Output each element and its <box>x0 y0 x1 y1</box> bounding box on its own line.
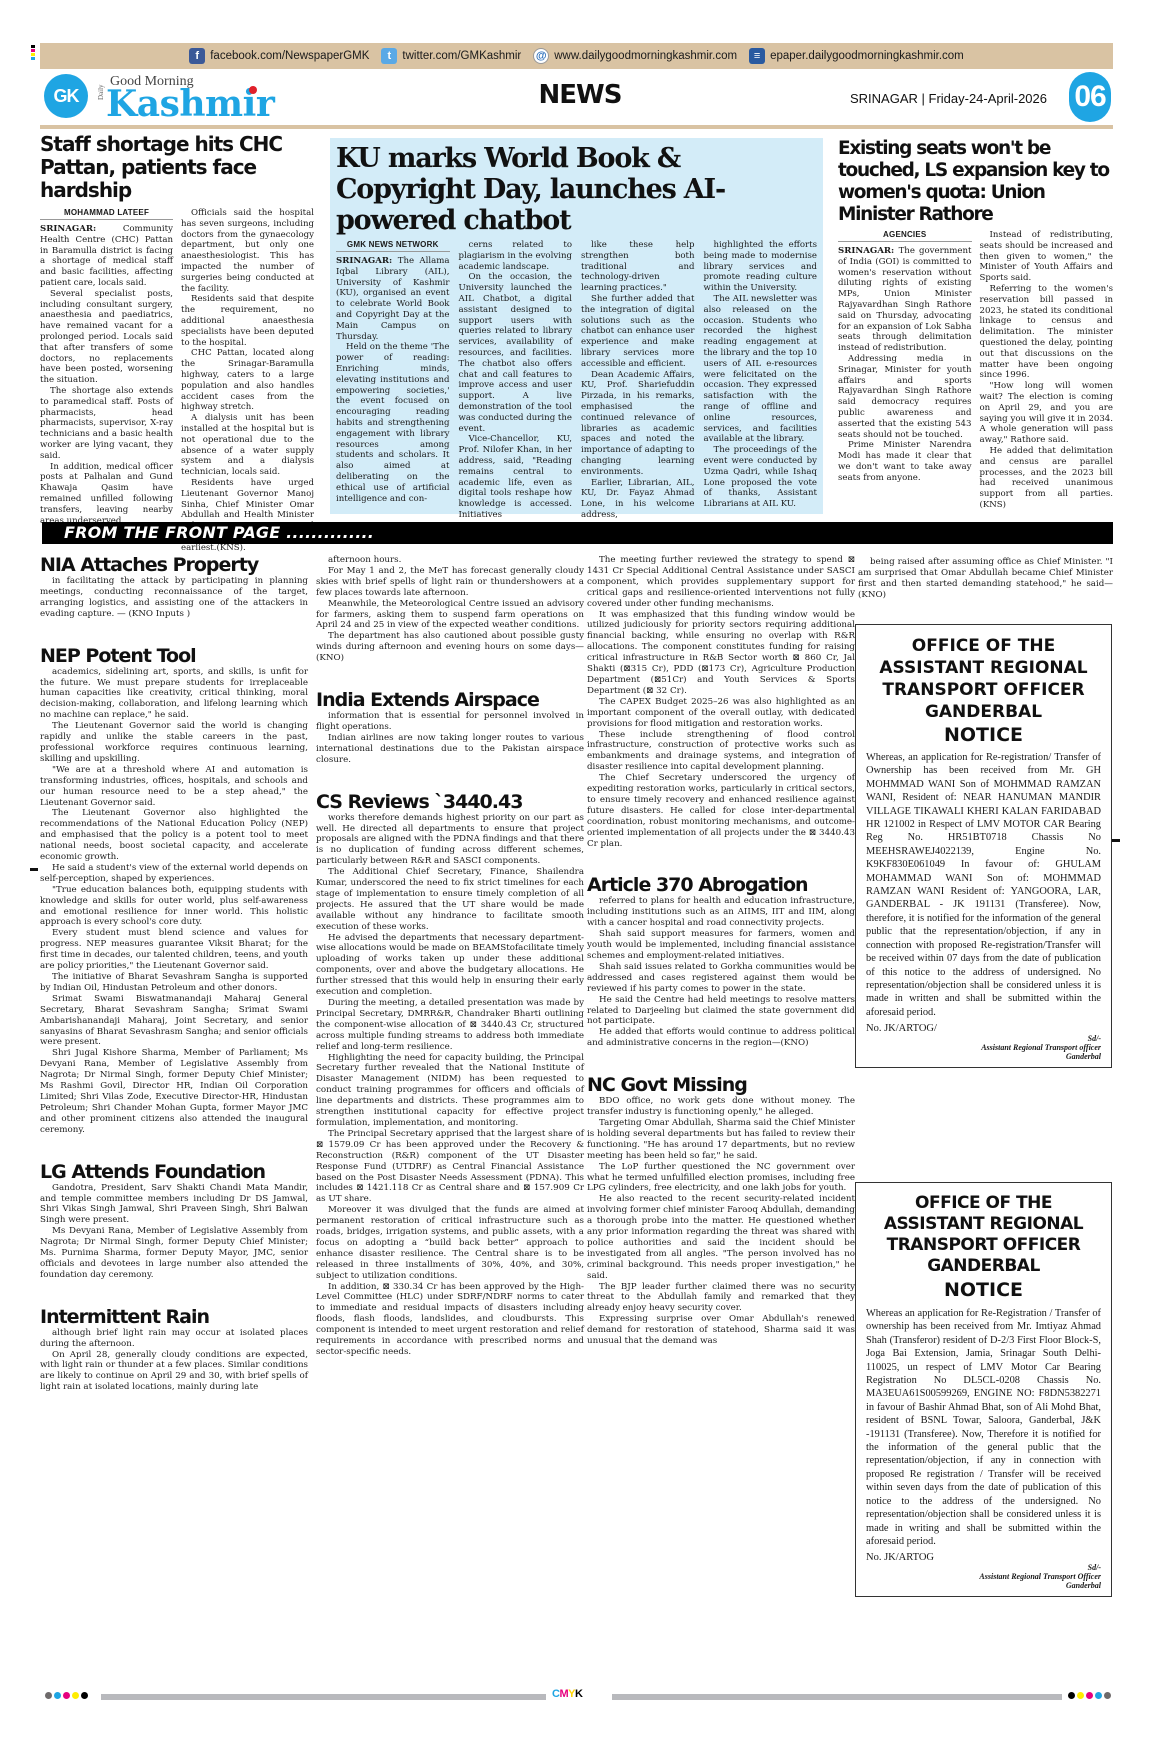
article-body: Gandotra, President, Sarv Shakti Chandi … <box>40 1183 308 1281</box>
article-body: in facilitating the attack by participat… <box>40 576 308 620</box>
color-dots-left <box>45 1692 88 1699</box>
paragraph: She further added that the integration o… <box>581 294 695 370</box>
dateline: SRINAGAR: <box>40 224 123 234</box>
social-link[interactable]: @www.dailygoodmorningkashmir.com <box>533 48 737 64</box>
color-dot-icon <box>1068 1692 1075 1699</box>
paragraph: The Principal Secretary apprised that th… <box>316 1129 584 1205</box>
article-body: SRINAGAR: Community Health Centre (CHC) … <box>40 224 173 526</box>
paragraph: being raised after assuming office as Ch… <box>858 557 1113 601</box>
paragraph: Moreover it was divulged that the funds … <box>316 1205 584 1281</box>
notice-body: Whereas, an application for Re-registrat… <box>866 751 1101 1019</box>
color-dot-icon <box>54 1692 61 1699</box>
facebook-icon: f <box>189 48 205 64</box>
continuation-headline: CS Reviews `3440.43 <box>316 792 584 813</box>
continuation-column-3: The meeting further reviewed the strateg… <box>587 555 855 1347</box>
notice-reference: No. JK/ARTOG/ <box>866 1023 1101 1034</box>
epaper-icon: ≡ <box>749 48 765 64</box>
article-column-3: like these help strengthen both traditio… <box>581 240 695 521</box>
article-ku-world-book-day: KU marks World Book & Copyright Day, lau… <box>330 138 823 514</box>
globe-icon: @ <box>533 48 549 64</box>
paragraph: Dean Academic Affairs, KU, Prof. Sharief… <box>581 370 695 478</box>
paragraph: works therefore demands highest priority… <box>316 813 584 868</box>
paragraph: Held on the theme 'The power of reading:… <box>336 342 450 504</box>
paragraph: Ms Devyani Rana, Member of Legislative A… <box>40 1226 308 1281</box>
continuation-column-2: afternoon hours.For May 1 and 2, the MeT… <box>316 555 584 1358</box>
paragraph: Officials said the hospital has seven su… <box>181 208 314 294</box>
social-links-bar: ffacebook.com/NewspaperGMKttwitter.com/G… <box>40 43 1113 69</box>
page-number: 06 <box>1069 72 1111 122</box>
paragraph: The AIL newsletter was also released on … <box>704 294 818 445</box>
paragraph: The department has also cautioned about … <box>316 631 584 664</box>
article-body: like these help strengthen both traditio… <box>581 240 695 521</box>
notice-subtitle: NOTICE <box>866 723 1101 747</box>
paragraph: "We are at a threshold where AI and auto… <box>40 765 308 809</box>
paragraph: The proceedings of the event were conduc… <box>704 445 818 510</box>
paragraph: Expressing surprise over Omar Abdullah's… <box>587 1314 855 1347</box>
paragraph: He added that delimitation and census ar… <box>980 446 1114 511</box>
paragraph: On the occasion, the University launched… <box>459 272 573 434</box>
notice-signature: Sd/- Assistant Regional Transport Office… <box>866 1563 1101 1590</box>
logo-dot-icon <box>249 86 257 94</box>
paragraph: For May 1 and 2, the MeT has forecast ge… <box>316 566 584 599</box>
article-body: information that is essential for person… <box>316 711 584 766</box>
continuation-headline: Intermittent Rain <box>40 1307 308 1328</box>
paragraph: Referring to the women's reservation bil… <box>980 284 1114 381</box>
byline: GMK NEWS NETWORK <box>336 240 450 252</box>
paragraph: Shri Jugal Kishore Sharma, Member of Par… <box>40 1048 308 1135</box>
registration-mark-icon <box>1112 839 1120 842</box>
article-body: highlighted the efforts being made to mo… <box>704 240 818 510</box>
paragraph: academics, sidelining art, sports, and s… <box>40 667 308 722</box>
paragraph: On April 28, generally cloudy conditions… <box>40 1350 308 1394</box>
notice-title: OFFICE OF THE ASSISTANT REGIONAL TRANSPO… <box>866 635 1101 723</box>
footer-rule-right <box>612 1694 1062 1700</box>
notice-signature: Sd/- Assistant Regional Transport office… <box>866 1034 1101 1061</box>
paragraph: Addressing media in Srinagar, Minister f… <box>838 354 972 440</box>
public-notice-2: OFFICE OF THE ASSISTANT REGIONAL TRANSPO… <box>855 1182 1112 1597</box>
article-chc-pattan: Staff shortage hits CHC Pattan, patients… <box>40 133 314 554</box>
notice-title: OFFICE OF THE ASSISTANT REGIONAL TRANSPO… <box>866 1193 1101 1277</box>
paragraph: "How long will women wait? The election … <box>980 381 1114 446</box>
paragraph: Earlier, Librarian, AIL, KU, Dr. Fayaz A… <box>581 478 695 521</box>
article-column-2: Officials said the hospital has seven su… <box>181 208 314 554</box>
paragraph: During the meeting, a detailed presentat… <box>316 998 584 1053</box>
paragraph: Residents said that despite the requirem… <box>181 294 314 348</box>
paragraph: The Chief Secretary underscored the urge… <box>587 773 855 849</box>
paragraph: Targeting Omar Abdullah, Sharma said the… <box>587 1118 855 1162</box>
notice-reference: No. JK/ARTOG <box>866 1552 1101 1563</box>
color-dot-icon <box>1086 1692 1093 1699</box>
continuation-column-1: NIA Attaches Propertyin facilitating the… <box>40 555 308 1393</box>
color-dot-icon <box>1104 1692 1111 1699</box>
signature-line: Assistant Regional Transport Officer <box>866 1572 1101 1581</box>
social-link[interactable]: ttwitter.com/GMKashmir <box>381 48 521 64</box>
paragraph: Several specialist posts, including cons… <box>40 289 173 386</box>
article-body: referred to plans for health and educati… <box>587 896 855 1049</box>
paragraph: The LoP further questioned the NC govern… <box>587 1162 855 1195</box>
paragraph: SRINAGAR: The government of India (GOI) … <box>838 246 972 354</box>
paragraph: Indian airlines are now taking longer ro… <box>316 733 584 766</box>
byline: MOHAMMAD LATEEF <box>40 208 173 220</box>
continuation-headline: NC Govt Missing <box>587 1075 855 1096</box>
dateline: SRINAGAR: <box>838 246 899 256</box>
paragraph: although brief light rain may occur at i… <box>40 1328 308 1350</box>
continuation-headline: India Extends Airspace <box>316 690 584 711</box>
article-column-2: cerns related to plagiarism in the evolv… <box>459 240 573 521</box>
masthead-divider <box>40 125 1113 129</box>
paragraph: The CAPEX Budget 2025–26 was also highli… <box>587 697 855 730</box>
paragraph: The Additional Chief Secretary, Finance,… <box>316 867 584 932</box>
continuation-headline: NEP Potent Tool <box>40 646 308 667</box>
paragraph: Shah said support measures for farmers, … <box>587 929 855 962</box>
article-body: works therefore demands highest priority… <box>316 813 584 1358</box>
section-title: NEWS <box>520 80 640 110</box>
public-notice-1: OFFICE OF THE ASSISTANT REGIONAL TRANSPO… <box>855 624 1112 1068</box>
color-dot-icon <box>1095 1692 1102 1699</box>
continuation-headline: NIA Attaches Property <box>40 555 308 576</box>
social-link-label[interactable]: www.dailygoodmorningkashmir.com <box>554 50 737 62</box>
registration-mark-icon <box>30 868 38 871</box>
dateline: SRINAGAR: <box>336 256 398 266</box>
paragraph: Srimat Swami Biswatmanandaji Maharaj Gen… <box>40 994 308 1049</box>
logo-mark-text: GK <box>54 86 79 107</box>
paragraph: BDO office, no work gets done without mo… <box>587 1096 855 1118</box>
social-link-label[interactable]: epaper.dailygoodmorningkashmir.com <box>770 50 964 62</box>
social-link[interactable]: ≡epaper.dailygoodmorningkashmir.com <box>749 48 964 64</box>
notice-body: Whereas an application for Re-Registrati… <box>866 1307 1101 1548</box>
continuation-headline: LG Attends Foundation <box>40 1162 308 1183</box>
paragraph: He also reacted to the recent security-r… <box>587 1194 855 1281</box>
paragraph: Gandotra, President, Sarv Shakti Chandi … <box>40 1183 308 1227</box>
paragraph: The shortage also extends to paramedical… <box>40 386 173 462</box>
article-womens-quota: Existing seats won't be touched, LS expa… <box>838 138 1113 511</box>
paragraph: The meeting further reviewed the strateg… <box>587 555 855 610</box>
article-column-4: highlighted the efforts being made to mo… <box>704 240 818 521</box>
paragraph: referred to plans for health and educati… <box>587 896 855 929</box>
paragraph: The Lieutenant Governor also highlighted… <box>40 808 308 863</box>
article-body: being raised after assuming office as Ch… <box>858 557 1113 601</box>
paragraph: SRINAGAR: Community Health Centre (CHC) … <box>40 224 173 289</box>
article-body: academics, sidelining art, sports, and s… <box>40 667 308 1136</box>
color-dot-icon <box>72 1692 79 1699</box>
paragraph: A dialysis unit has been installed at th… <box>181 413 314 478</box>
paragraph: He added that efforts would continue to … <box>587 1027 855 1049</box>
article-body: SRINAGAR: The government of India (GOI) … <box>838 246 972 484</box>
notice-subtitle: NOTICE <box>866 1277 1101 1303</box>
paragraph: Shah said issues related to Gorkha commu… <box>587 962 855 995</box>
paragraph: The BJP leader further claimed there was… <box>587 1282 855 1315</box>
article-body: afternoon hours.For May 1 and 2, the MeT… <box>316 555 584 664</box>
article-body: SRINAGAR: The Allama Iqbal Library (AIL)… <box>336 256 450 504</box>
color-dots-right <box>1068 1692 1111 1699</box>
paragraph: He said the Centre had held meetings to … <box>587 995 855 1028</box>
signature-line: Ganderbal <box>866 1581 1101 1590</box>
signature-line: Sd/- <box>866 1034 1101 1043</box>
footer-rule-left <box>101 1694 546 1700</box>
article-headline: KU marks World Book & Copyright Day, lau… <box>336 143 817 236</box>
paragraph: The initiative of Bharat Sevashram Sangh… <box>40 972 308 994</box>
paragraph: Highlighting the need for capacity build… <box>316 1053 584 1129</box>
paragraph: like these help strengthen both traditio… <box>581 240 695 294</box>
paragraph: information that is essential for person… <box>316 711 584 733</box>
paragraph: in facilitating the attack by participat… <box>40 576 308 620</box>
logo-daily: Daily <box>97 84 105 100</box>
signature-line: Sd/- <box>866 1563 1101 1572</box>
color-dot-icon <box>45 1692 52 1699</box>
paragraph: In addition, ⊠ 330.34 Cr has been approv… <box>316 1282 584 1358</box>
paragraph: "True education balances both, equipping… <box>40 885 308 929</box>
article-headline: Existing seats won't be touched, LS expa… <box>838 138 1113 226</box>
article-body: Officials said the hospital has seven su… <box>181 208 314 554</box>
color-dot-icon <box>81 1692 88 1699</box>
paragraph: Every student must blend science and val… <box>40 928 308 972</box>
article-headline: Staff shortage hits CHC Pattan, patients… <box>40 133 314 202</box>
social-link-label[interactable]: facebook.com/NewspaperGMK <box>210 50 369 62</box>
signature-line: Assistant Regional Transport officer <box>866 1043 1101 1052</box>
paragraph: SRINAGAR: The Allama Iqbal Library (AIL)… <box>336 256 450 342</box>
paragraph: The Lieutenant Governor said the world i… <box>40 721 308 765</box>
paragraph: Meanwhile, the Meteorological Centre iss… <box>316 599 584 632</box>
paragraph: afternoon hours. <box>316 555 584 566</box>
paragraph: It was emphasized that this funding wind… <box>587 610 855 697</box>
logo-mark: GK <box>44 74 88 118</box>
article-column-1: MOHAMMAD LATEEF SRINAGAR: Community Heal… <box>40 208 173 554</box>
article-column-1: AGENCIES SRINAGAR: The government of Ind… <box>838 230 972 511</box>
twitter-icon: t <box>381 48 397 64</box>
paragraph: highlighted the efforts being made to mo… <box>704 240 818 294</box>
article-column-1: GMK NEWS NETWORK SRINAGAR: The Allama Iq… <box>336 240 450 521</box>
byline: AGENCIES <box>838 230 972 242</box>
color-dot-icon <box>1077 1692 1084 1699</box>
paragraph: Vice-Chancellor, KU, Prof. Nilofer Khan,… <box>459 434 573 520</box>
page-dateline: SRINAGAR | Friday-24-April-2026 <box>850 91 1047 106</box>
registration-color-strip <box>31 45 35 63</box>
article-body: The meeting further reviewed the strateg… <box>587 555 855 849</box>
paragraph: CHC Pattan, located along the Srinagar-B… <box>181 348 314 413</box>
article-column-2: Instead of redistributing, seats should … <box>980 230 1114 511</box>
article-body: BDO office, no work gets done without mo… <box>587 1096 855 1347</box>
social-link-label[interactable]: twitter.com/GMKashmir <box>402 50 521 62</box>
article-body: cerns related to plagiarism in the evolv… <box>459 240 573 521</box>
signature-line: Ganderbal <box>866 1052 1101 1061</box>
social-link[interactable]: ffacebook.com/NewspaperGMK <box>189 48 369 64</box>
article-body: Instead of redistributing, seats should … <box>980 230 1114 511</box>
paragraph: Instead of redistributing, seats should … <box>980 230 1114 284</box>
paragraph: cerns related to plagiarism in the evolv… <box>459 240 573 272</box>
paragraph: He advised the departments that necessar… <box>316 933 584 998</box>
cmyk-mark: CMYK <box>552 1688 582 1700</box>
paragraph: He said a student's view of the external… <box>40 863 308 885</box>
continuation-column-4: being raised after assuming office as Ch… <box>858 557 1113 601</box>
continuation-headline: Article 370 Abrogation <box>587 875 855 896</box>
color-dot-icon <box>63 1692 70 1699</box>
article-body: although brief light rain may occur at i… <box>40 1328 308 1393</box>
paragraph: These include strengthening of flood con… <box>587 730 855 774</box>
paragraph: Prime Minister Narendra Modi has made it… <box>838 440 972 483</box>
paragraph: In addition, medical officer posts at Pa… <box>40 462 173 527</box>
section-banner: FROM THE FRONT PAGE .............. <box>42 522 1113 544</box>
